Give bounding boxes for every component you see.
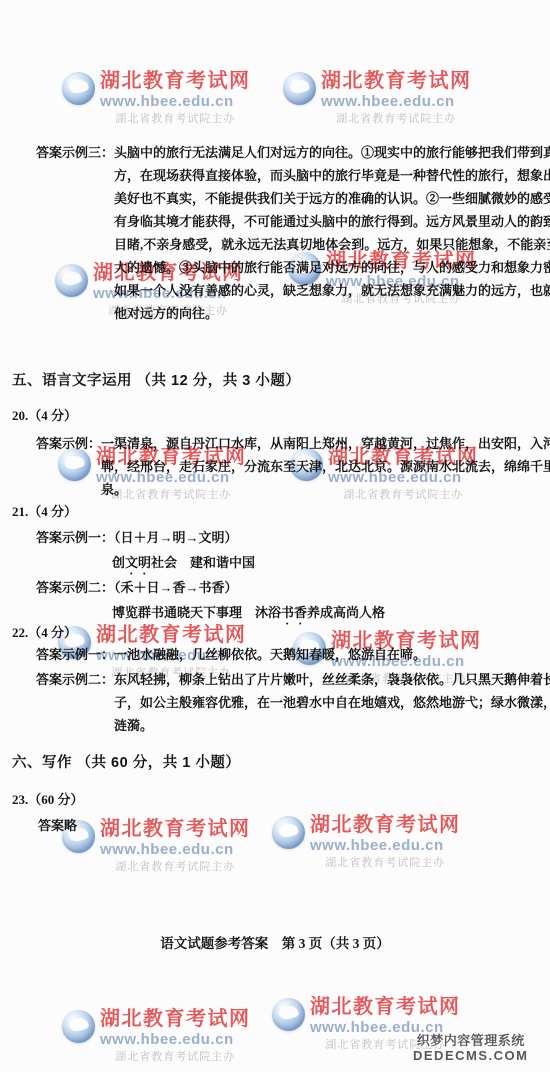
site-url: www.hbee.edu.cn bbox=[100, 841, 251, 859]
text-content: 东风轻拂，柳条上钻出了片片嫩叶，丝丝柔条，袅袅依依。几只黑天鹅伸着长长的脖子，如… bbox=[114, 672, 550, 733]
question-23: 23.（60 分） bbox=[12, 788, 518, 811]
answer-label: 答案示例二： bbox=[36, 580, 114, 595]
answer-label: 答案示例二： bbox=[36, 672, 114, 687]
text-content: 五、语言文字运用 （共 12 分，共 3 小题） bbox=[12, 373, 300, 389]
site-url: www.hbee.edu.cn bbox=[310, 837, 461, 855]
site-url: www.hbee.edu.cn bbox=[321, 93, 472, 111]
text-content: 六、写作 （共 60 分，共 1 小题） bbox=[12, 755, 240, 771]
answer-label: 答案示例： bbox=[36, 436, 101, 451]
cms-domain: DEDECMS.COM bbox=[413, 1048, 528, 1063]
site-url: www.hbee.edu.cn bbox=[100, 1031, 251, 1049]
answer-omitted-note: 答案略 bbox=[38, 814, 544, 837]
answer-q20: 答案示例：一渠清泉，源自丹江口水库，从南阳上郑州，穿越黄河，过焦作，出安阳，入河… bbox=[36, 432, 550, 501]
site-watermark: 湖北教育考试网www.hbee.edu.cn湖北省教育考试院主办 bbox=[283, 70, 472, 127]
text-content: （日＋月→明→文明） bbox=[114, 530, 238, 545]
answer-label: 答案示例一： bbox=[36, 647, 114, 662]
site-name: 湖北教育考试网 bbox=[310, 996, 461, 1019]
cms-watermark: 织梦内容管理系统 DEDECMS.COM bbox=[413, 1034, 528, 1063]
site-org: 湖北省教育考试院主办 bbox=[100, 859, 251, 875]
globe-logo-icon bbox=[62, 1010, 95, 1043]
answer-label: 答案示例一： bbox=[36, 530, 114, 545]
question-20: 20.（4 分） bbox=[12, 404, 518, 427]
site-name: 湖北教育考试网 bbox=[321, 70, 472, 93]
text-content: 23.（60 分） bbox=[12, 792, 84, 807]
text-content: 头脑中的旅行无法满足人们对远方的向往。①现实中的旅行能够把我们带到真实的远方，在… bbox=[114, 145, 550, 321]
answer-q22-2: 答案示例二：东风轻拂，柳条上钻出了片片嫩叶，丝丝柔条，袅袅依依。几只黑天鹅伸着长… bbox=[36, 668, 550, 737]
page-footer: 语文试题参考答案 第 3 页（共 3 页） bbox=[0, 932, 550, 955]
site-watermark: 湖北教育考试网www.hbee.edu.cn湖北省教育考试院主办 bbox=[62, 1008, 251, 1065]
site-name: 湖北教育考试网 bbox=[100, 70, 251, 93]
site-watermark: 湖北教育考试网www.hbee.edu.cn湖北省教育考试院主办 bbox=[62, 70, 251, 127]
site-org: 湖北省教育考试院主办 bbox=[100, 1049, 251, 1065]
question-22: 22.（4 分） bbox=[12, 621, 518, 644]
text-content: 一渠清泉，源自丹江口水库，从南阳上郑州，穿越黄河，过焦作，出安阳，入河北邯郸，经… bbox=[101, 436, 550, 497]
globe-logo-icon bbox=[272, 998, 305, 1031]
text-content: （禾＋日→香→书香） bbox=[114, 580, 238, 595]
answer-q21-1: 答案示例一：（日＋月→明→文明） bbox=[36, 526, 550, 549]
text-content: 22.（4 分） bbox=[12, 625, 77, 640]
globe-logo-icon bbox=[62, 72, 95, 105]
site-name: 湖北教育考试网 bbox=[100, 1008, 251, 1031]
answer-q22-1: 答案示例一：一池水融融，几丝柳依依。天鹅知春暖，悠游自在啼。 bbox=[36, 643, 550, 666]
section-heading-5: 五、语言文字运用 （共 12 分，共 3 小题） bbox=[12, 370, 518, 393]
section-heading-6: 六、写作 （共 60 分，共 1 小题） bbox=[12, 752, 518, 775]
answer-q21-2: 答案示例二：（禾＋日→香→书香） bbox=[36, 576, 550, 599]
text-content: 博览群书通晓天下事理 沐浴书香养成高尚人格 bbox=[112, 605, 385, 620]
text-content: 答案略 bbox=[38, 818, 77, 833]
site-url: www.hbee.edu.cn bbox=[100, 93, 251, 111]
text-content: 20.（4 分） bbox=[12, 408, 77, 423]
scanned-answer-page: 湖北教育考试网www.hbee.edu.cn湖北省教育考试院主办湖北教育考试网w… bbox=[0, 0, 550, 1072]
globe-logo-icon bbox=[283, 72, 316, 105]
site-org: 湖北省教育考试院主办 bbox=[310, 855, 461, 871]
text-content: 21.（4 分） bbox=[12, 504, 77, 519]
question-21: 21.（4 分） bbox=[12, 500, 518, 523]
answer-example-3: 答案示例三：头脑中的旅行无法满足人们对远方的向往。①现实中的旅行能够把我们带到真… bbox=[36, 141, 550, 325]
site-org: 湖北省教育考试院主办 bbox=[321, 111, 472, 127]
answer-label: 答案示例三： bbox=[36, 145, 114, 160]
answer-q21-1-slogan: 创文明社会 建和谐中国 bbox=[112, 551, 550, 578]
site-org: 湖北省教育考试院主办 bbox=[100, 111, 251, 127]
text-content: 一池水融融，几丝柳依依。天鹅知春暖，悠游自在啼。 bbox=[114, 647, 426, 662]
text-content: 创文明社会 建和谐中国 bbox=[112, 555, 255, 570]
cms-name: 织梦内容管理系统 bbox=[413, 1034, 528, 1048]
